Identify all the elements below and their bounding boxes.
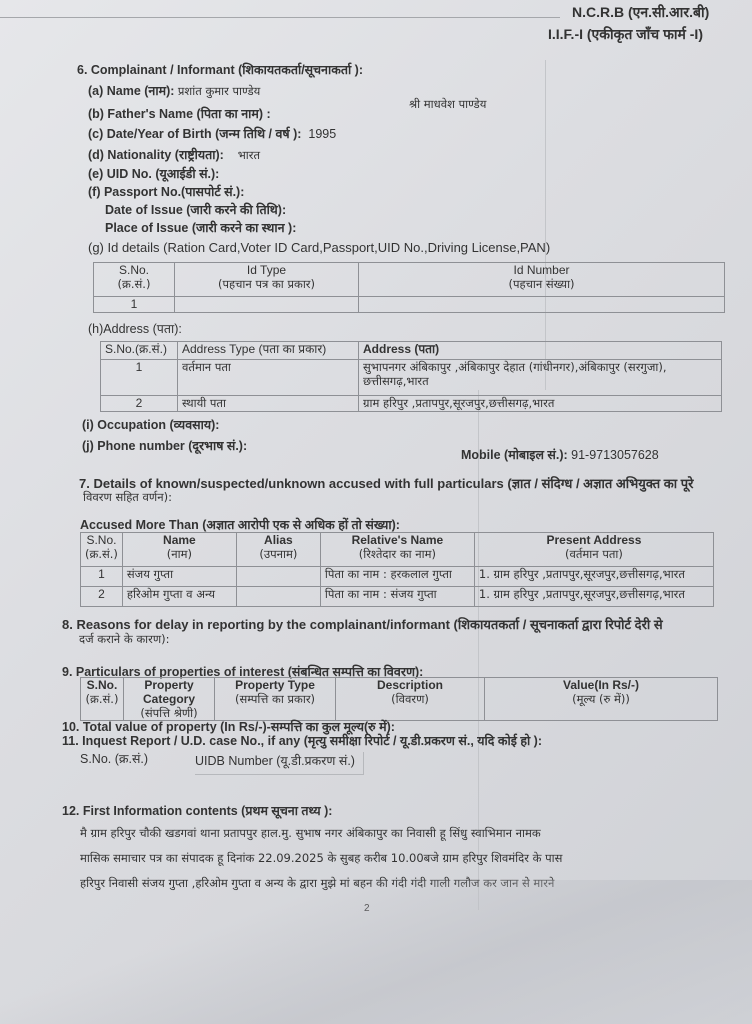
id-details-label: (g) Id details (Ration Card,Voter ID Car… [88, 240, 550, 255]
section-12-title: 12. First Information contents (प्रथम सू… [62, 802, 332, 819]
fir-content-line: हरिपुर निवासी संजय गुप्ता ,हरिओम गुप्ता … [80, 876, 554, 891]
date-of-issue-label: Date of Issue (जारी करने की तिथि): [105, 201, 286, 218]
phone-label: (j) Phone number (दूरभाष सं.): [82, 437, 247, 454]
address-table: S.No.(क्र.सं.) Address Type (पता का प्रक… [100, 341, 722, 412]
table-row: 1 संजय गुप्ता पिता का नाम : हरकलाल गुप्त… [81, 567, 714, 587]
table-row: 1 वर्तमान पता सुभापनगर अंबिकापुर ,अंबिका… [101, 360, 722, 396]
ncrb-header: N.C.R.B (एन.सी.आर.बी) [572, 3, 709, 22]
property-table: S.No.(क्र.सं.) Property Category(संपत्ति… [80, 677, 718, 721]
passport-label: (f) Passport No.(पासपोर्ट सं.): [88, 183, 244, 200]
col-address-type: Address Type (पता का प्रकार) [178, 342, 359, 360]
page-crease [0, 17, 560, 18]
dob-value: 1995 [308, 127, 336, 141]
nationality-label: (d) Nationality (राष्ट्रीयता): [88, 148, 224, 162]
section-8-title-cont: दर्ज कराने के कारण): [79, 632, 170, 647]
section-8-title: 8. Reasons for delay in reporting by the… [62, 615, 663, 633]
iif-header: I.I.F.-I (एकीकृत जाँच फार्म -I) [548, 25, 703, 44]
table-row: 2 हरिओम गुप्ता व अन्य पिता का नाम : संजय… [81, 587, 714, 607]
father-value: श्री माधवेश पाण्डेय [409, 97, 486, 112]
id-details-table: S.No.(क्र.सं.) Id Type(पहचान पत्र का प्र… [93, 262, 725, 313]
section-6-title: 6. Complainant / Informant (शिकायतकर्ता/… [77, 61, 363, 78]
page-number: 2 [364, 903, 370, 914]
uid-label: (e) UID No. (यूआईडी सं.): [88, 165, 219, 182]
table-row: 2 स्थायी पता ग्राम हरिपुर ,प्रतापपुर,सूर… [101, 396, 722, 412]
col-id-type: Id Type [247, 263, 286, 277]
accused-table: S.No.(क्र.सं.) Name(नाम) Alias(उपनाम) Re… [80, 532, 714, 607]
fir-content-line: मै ग्राम हरिपुर चौकी खडगवां थाना प्रतापप… [80, 826, 541, 841]
dob-label: (c) Date/Year of Birth (जन्म तिथि / वर्ष… [88, 127, 301, 141]
inquest-sno-label: S.No. (क्र.सं.) [80, 750, 148, 767]
col-sno: S.No.(क्र.सं.) [101, 342, 178, 360]
section-7-title-cont: विवरण सहित वर्णन): [83, 490, 172, 505]
section-11-title: 11. Inquest Report / U.D. case No., if a… [62, 732, 542, 749]
col-address: Address (पता) [359, 342, 722, 360]
name-label: (a) Name (नाम): [88, 84, 174, 98]
occupation-label: (i) Occupation (व्यवसाय): [82, 416, 219, 433]
name-value: प्रशांत कुमार पाण्डेय [178, 84, 260, 98]
nationality-value: भारत [238, 148, 260, 162]
col-sno: S.No. [119, 263, 149, 277]
page-shadow [0, 880, 752, 1024]
uidb-number-label: UIDB Number (यू.डी.प्रकरण सं.) [195, 752, 364, 775]
fir-document-page: N.C.R.B (एन.सी.आर.बी) I.I.F.-I (एकीकृत ज… [0, 0, 752, 1024]
mobile-value: 91-9713057628 [571, 448, 659, 462]
place-of-issue-label: Place of Issue (जारी करने का स्थान ): [105, 219, 296, 236]
father-label: (b) Father's Name (पिता का नाम) : [88, 105, 271, 122]
col-id-number: Id Number [513, 263, 569, 277]
mobile-label: Mobile (मोबाइल सं.): [461, 448, 568, 462]
table-row: 1 [94, 297, 725, 313]
accused-more-than-label: Accused More Than (अज्ञात आरोपी एक से अध… [80, 516, 400, 533]
fir-content-line: मासिक समाचार पत्र का संपादक हू दिनांक 22… [80, 851, 562, 866]
address-label: (h)Address (पता): [88, 320, 182, 337]
